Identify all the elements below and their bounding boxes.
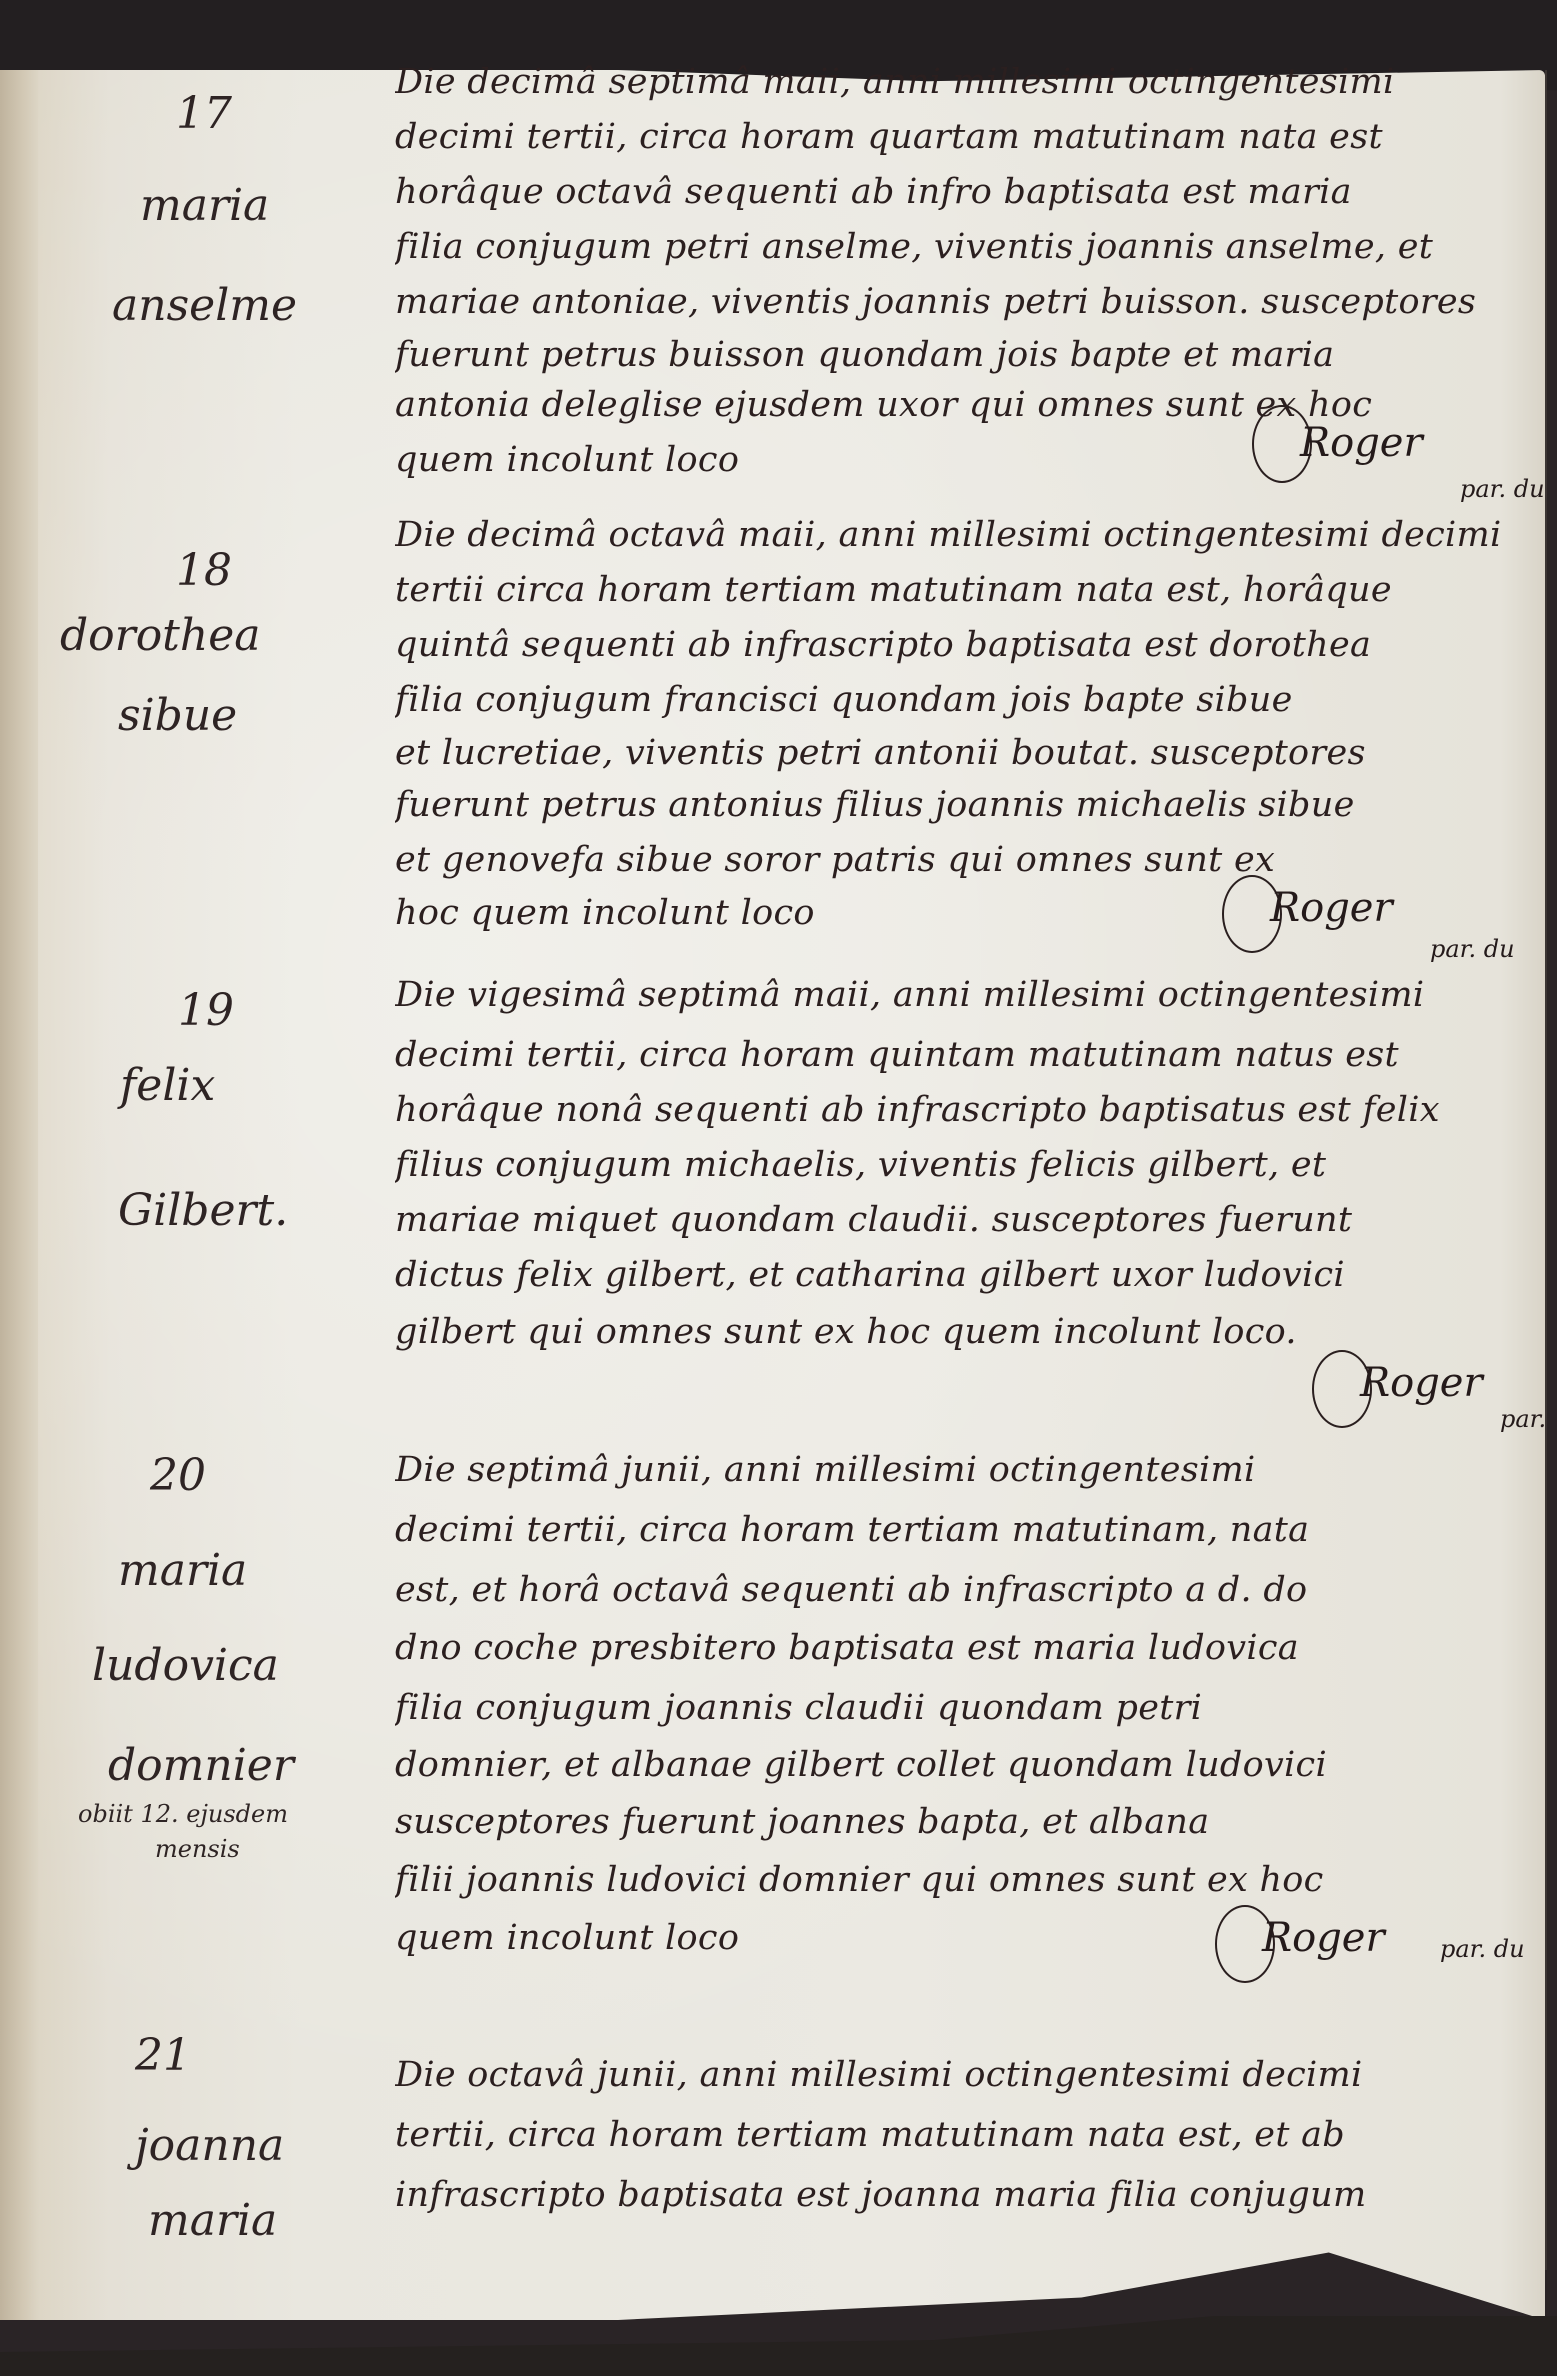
entry-line: dictus felix gilbert, et catharina gilbe… bbox=[395, 1255, 1530, 1295]
entry-line: tertii circa horam tertiam matutinam nat… bbox=[395, 570, 1530, 610]
death-note: obiit 12. ejusdem bbox=[78, 1800, 288, 1828]
binding-gutter bbox=[0, 70, 38, 2320]
scan-background-bottom bbox=[0, 2316, 1557, 2376]
margin-given-name: felix bbox=[120, 1060, 215, 1111]
entry-line: Die octavâ junii, anni millesimi octinge… bbox=[395, 2055, 1530, 2095]
entry-line: infrascripto baptisata est joanna maria … bbox=[395, 2175, 1530, 2215]
entry-line: fuerunt petrus buisson quondam jois bapt… bbox=[395, 335, 1530, 375]
priest-signature: Roger bbox=[1270, 885, 1393, 931]
margin-second-name: ludovica bbox=[92, 1640, 279, 1691]
entry-line: filia conjugum francisci quondam jois ba… bbox=[395, 680, 1530, 720]
death-note: mensis bbox=[155, 1835, 240, 1863]
signature-title: par. du bbox=[1440, 1935, 1525, 1963]
entry-line: Die vigesimâ septimâ maii, anni millesim… bbox=[395, 975, 1530, 1015]
margin-given-name: maria bbox=[118, 1545, 247, 1596]
entry-line: Die septimâ junii, anni millesimi octing… bbox=[395, 1450, 1530, 1490]
entry-line: decimi tertii, circa horam quintam matut… bbox=[395, 1035, 1530, 1075]
margin-given-name: dorothea bbox=[60, 610, 260, 661]
entry-line: est, et horâ octavâ sequenti ab infrascr… bbox=[395, 1570, 1530, 1610]
entry-line: et lucretiae, viventis petri antonii bou… bbox=[395, 733, 1530, 773]
entry-line: decimi tertii, circa horam tertiam matut… bbox=[395, 1510, 1530, 1550]
priest-signature: Roger bbox=[1262, 1915, 1385, 1961]
entry-line: decimi tertii, circa horam quartam matut… bbox=[395, 117, 1530, 157]
entry-line: susceptores fuerunt joannes bapta, et al… bbox=[395, 1802, 1530, 1842]
entry-line: Die decimâ septimâ maii, anni millesimi … bbox=[395, 62, 1530, 102]
margin-second-name: maria bbox=[148, 2195, 277, 2246]
entry-line: gilbert qui omnes sunt ex hoc quem incol… bbox=[395, 1312, 1530, 1352]
entry-number: 19 bbox=[178, 985, 234, 1036]
entry-number: 21 bbox=[135, 2030, 191, 2081]
entry-line: filii joannis ludovici domnier qui omnes… bbox=[395, 1860, 1530, 1900]
margin-given-name: maria bbox=[140, 180, 269, 231]
entry-line: et genovefa sibue soror patris qui omnes… bbox=[395, 840, 1530, 880]
entry-line: filia conjugum petri anselme, viventis j… bbox=[395, 227, 1530, 267]
entry-line: quintâ sequenti ab infrascripto baptisat… bbox=[395, 625, 1530, 665]
priest-signature: Roger bbox=[1300, 420, 1423, 466]
entry-line: horâque octavâ sequenti ab infro baptisa… bbox=[395, 172, 1530, 212]
signature-title: par. du bbox=[1430, 935, 1515, 963]
entry-number: 18 bbox=[176, 545, 232, 596]
margin-surname: anselme bbox=[112, 280, 297, 331]
margin-surname: domnier bbox=[108, 1740, 294, 1791]
entry-line: mariae antoniae, viventis joannis petri … bbox=[395, 282, 1530, 322]
margin-surname: Gilbert. bbox=[118, 1185, 288, 1236]
entry-number: 17 bbox=[176, 88, 232, 139]
entry-line: Die decimâ octavâ maii, anni millesimi o… bbox=[395, 515, 1530, 555]
entry-line: filia conjugum joannis claudii quondam p… bbox=[395, 1688, 1530, 1728]
priest-signature: Roger bbox=[1360, 1360, 1483, 1406]
entry-line: horâque nonâ sequenti ab infrascripto ba… bbox=[395, 1090, 1530, 1130]
entry-line: fuerunt petrus antonius filius joannis m… bbox=[395, 785, 1530, 825]
entry-line: dno coche presbitero baptisata est maria… bbox=[395, 1628, 1530, 1668]
entry-line: filius conjugum michaelis, viventis feli… bbox=[395, 1145, 1530, 1185]
margin-given-name: joanna bbox=[135, 2120, 284, 2171]
entry-line: tertii, circa horam tertiam matutinam na… bbox=[395, 2115, 1530, 2155]
signature-title: par. bbox=[1500, 1405, 1546, 1433]
margin-surname: sibue bbox=[118, 690, 237, 741]
entry-line: domnier, et albanae gilbert collet quond… bbox=[395, 1745, 1530, 1785]
entry-line: antonia deleglise ejusdem uxor qui omnes… bbox=[395, 385, 1530, 425]
page-right-edge bbox=[1545, 70, 1547, 2270]
entry-number: 20 bbox=[150, 1450, 206, 1501]
entry-line: mariae miquet quondam claudii. susceptor… bbox=[395, 1200, 1530, 1240]
signature-title: par. du bbox=[1460, 475, 1545, 503]
